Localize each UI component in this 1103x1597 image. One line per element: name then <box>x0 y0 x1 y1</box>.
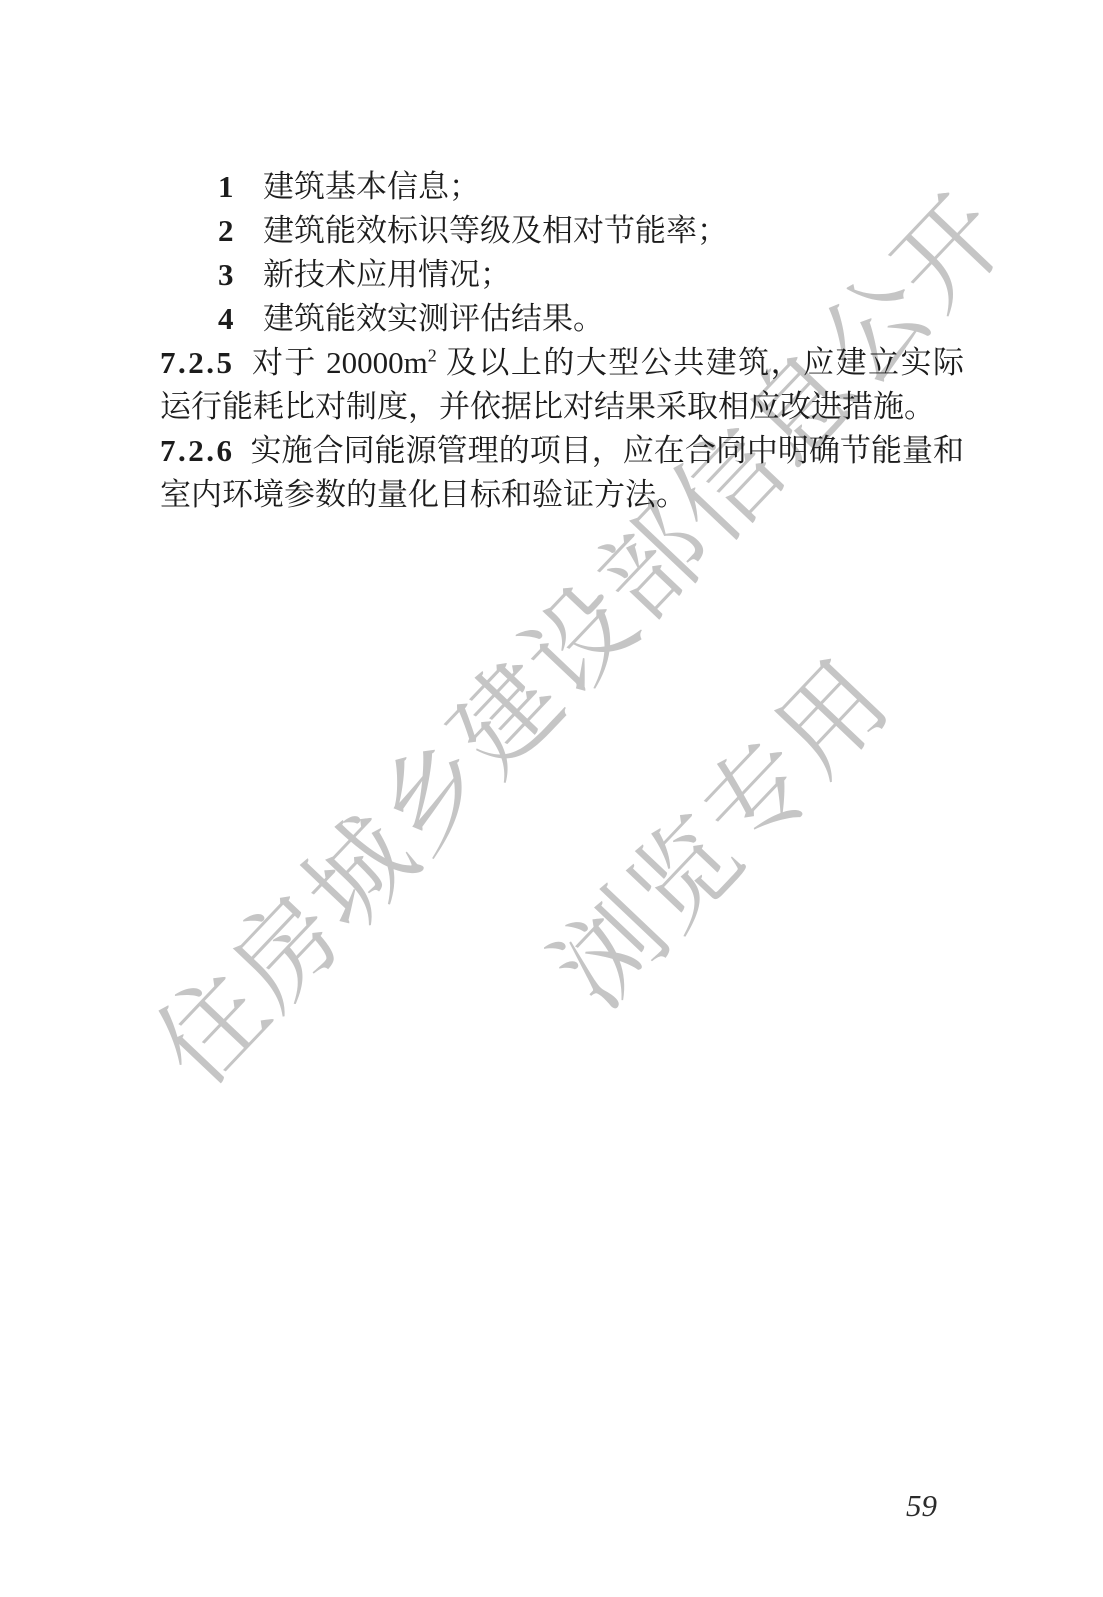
list-item-text: 建筑基本信息； <box>263 169 480 204</box>
clause-7-2-5: 7.2.5对于 20000m2 及以上的大型公共建筑，应建立实际运行能耗比对制度… <box>160 341 964 429</box>
clause-text-before-unit: 对于 <box>251 345 327 380</box>
list-item-number: 4 <box>218 297 263 341</box>
area-unit: 20000m2 <box>326 345 437 380</box>
list-item-text: 建筑能效标识等级及相对节能率； <box>263 213 728 248</box>
list-item: 2建筑能效标识等级及相对节能率； <box>160 209 964 253</box>
watermark-browse-only-text: 浏览专用 <box>514 620 917 1034</box>
list-item-text: 新技术应用情况； <box>263 257 511 292</box>
list-item-number: 1 <box>218 165 263 209</box>
list-item: 3新技术应用情况； <box>160 253 964 297</box>
list-item: 1建筑基本信息； <box>160 165 964 209</box>
area-unit-base: 20000m <box>326 345 428 380</box>
list-item-text: 建筑能效实测评估结果。 <box>263 301 604 336</box>
list-item: 4建筑能效实测评估结果。 <box>160 297 964 341</box>
clause-number: 7.2.6 <box>160 433 235 468</box>
clause-text: 实施合同能源管理的项目，应在合同中明确节能量和室内环境参数的量化目标和验证方法。 <box>160 433 964 512</box>
document-page: 住房城乡建设部信息公开 浏览专用 1建筑基本信息； 2建筑能效标识等级及相对节能… <box>0 0 1103 1597</box>
page-content: 1建筑基本信息； 2建筑能效标识等级及相对节能率； 3新技术应用情况； 4建筑能… <box>160 165 964 517</box>
clause-7-2-6: 7.2.6实施合同能源管理的项目，应在合同中明确节能量和室内环境参数的量化目标和… <box>160 429 964 517</box>
page-number: 59 <box>906 1488 937 1524</box>
clause-number: 7.2.5 <box>160 345 235 380</box>
area-unit-superscript: 2 <box>428 346 437 366</box>
list-item-number: 2 <box>218 209 263 253</box>
list-item-number: 3 <box>218 253 263 297</box>
